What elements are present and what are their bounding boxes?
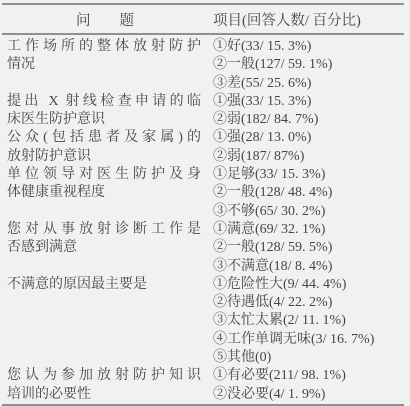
option-line: ①足够(33/ 15. 3%)	[213, 166, 404, 184]
option-line: ②待遇低(4/ 22. 2%)	[213, 294, 404, 312]
question-line: 体健康重视程度	[7, 184, 201, 202]
options-cell: ①有必要(211/ 98. 1%)②没必要(4/ 1. 9%)	[208, 367, 404, 405]
question-line: 培训的必要性	[7, 386, 201, 404]
column-header-question: 问 题	[2, 4, 208, 34]
question-cell: 您认为参加放射防护知识培训的必要性	[2, 367, 208, 405]
options-cell: ①危险性大(9/ 44. 4%)②待遇低(4/ 22. 2%)③太忙太累(2/ …	[208, 276, 404, 367]
question-line: 单位领导对医生防护及身	[7, 166, 201, 184]
option-line: ②弱(187/ 87%)	[213, 148, 404, 166]
option-line: ②一般(127/ 59. 1%)	[213, 56, 404, 74]
survey-results-table: 问 题 项目(回答人数/ 百分比) 工作场所的整体放射防护情况①好(33/ 15…	[2, 3, 404, 406]
table-header: 问 题 项目(回答人数/ 百分比)	[2, 4, 404, 34]
question-cell: 不满意的原因最主要是	[2, 276, 208, 367]
options-cell: ①好(33/ 15. 3%)②一般(127/ 59. 1%)③差(55/ 25.…	[208, 34, 404, 93]
option-line: ③太忙太累(2/ 11. 1%)	[213, 312, 404, 330]
question-line: 不满意的原因最主要是	[7, 276, 201, 294]
options-cell: ①足够(33/ 15. 3%)②一般(128/ 48. 4%)③不够(65/ 3…	[208, 166, 404, 221]
table-row: 单位领导对医生防护及身体健康重视程度①足够(33/ 15. 3%)②一般(128…	[2, 166, 404, 221]
question-line: 公众(包括患者及家属)的	[7, 129, 201, 147]
option-line: ②弱(182/ 84. 7%)	[213, 111, 404, 129]
question-line: 您对从事放射诊断工作是	[7, 221, 201, 239]
option-line: ③不满意(18/ 8. 4%)	[213, 258, 404, 276]
question-cell: 单位领导对医生防护及身体健康重视程度	[2, 166, 208, 221]
option-line: ⑤其他(0)	[213, 349, 404, 367]
options-cell: ①满意(69/ 32. 1%)②一般(128/ 59. 5%)③不满意(18/ …	[208, 221, 404, 276]
question-line: 工作场所的整体放射防护	[7, 38, 201, 56]
table-row: 公众(包括患者及家属)的放射防护意识①强(28/ 13. 0%)②弱(187/ …	[2, 129, 404, 166]
table-row: 您对从事放射诊断工作是否感到满意①满意(69/ 32. 1%)②一般(128/ …	[2, 221, 404, 276]
question-cell: 提出 X 射线检查申请的临床医生防护意识	[2, 93, 208, 130]
question-line: 您认为参加放射防护知识	[7, 367, 201, 385]
option-line: ②一般(128/ 59. 5%)	[213, 239, 404, 257]
option-line: ①好(33/ 15. 3%)	[213, 38, 404, 56]
question-line: 提出 X 射线检查申请的临	[7, 93, 201, 111]
question-line: 情况	[7, 56, 201, 74]
options-cell: ①强(28/ 13. 0%)②弱(187/ 87%)	[208, 129, 404, 166]
table-row: 不满意的原因最主要是①危险性大(9/ 44. 4%)②待遇低(4/ 22. 2%…	[2, 276, 404, 367]
option-line: ②一般(128/ 48. 4%)	[213, 184, 404, 202]
table-body: 工作场所的整体放射防护情况①好(33/ 15. 3%)②一般(127/ 59. …	[2, 34, 404, 405]
option-line: ③差(55/ 25. 6%)	[213, 75, 404, 93]
table-row: 工作场所的整体放射防护情况①好(33/ 15. 3%)②一般(127/ 59. …	[2, 34, 404, 93]
table-row: 提出 X 射线检查申请的临床医生防护意识①强(33/ 15. 3%)②弱(182…	[2, 93, 404, 130]
option-line: ①满意(69/ 32. 1%)	[213, 221, 404, 239]
option-line: ②没必要(4/ 1. 9%)	[213, 386, 404, 404]
options-cell: ①强(33/ 15. 3%)②弱(182/ 84. 7%)	[208, 93, 404, 130]
header-row: 问 题 项目(回答人数/ 百分比)	[2, 4, 404, 34]
question-cell: 公众(包括患者及家属)的放射防护意识	[2, 129, 208, 166]
option-line: ④工作单调无味(3/ 16. 7%)	[213, 331, 404, 349]
option-line: ①危险性大(9/ 44. 4%)	[213, 276, 404, 294]
question-cell: 工作场所的整体放射防护情况	[2, 34, 208, 93]
question-line: 放射防护意识	[7, 148, 201, 166]
table-row: 您认为参加放射防护知识培训的必要性①有必要(211/ 98. 1%)②没必要(4…	[2, 367, 404, 405]
question-line: 否感到满意	[7, 239, 201, 257]
question-line: 床医生防护意识	[7, 111, 201, 129]
column-header-item: 项目(回答人数/ 百分比)	[208, 4, 404, 34]
option-line: ①强(28/ 13. 0%)	[213, 129, 404, 147]
option-line: ③不够(65/ 30. 2%)	[213, 203, 404, 221]
option-line: ①有必要(211/ 98. 1%)	[213, 367, 404, 385]
question-cell: 您对从事放射诊断工作是否感到满意	[2, 221, 208, 276]
option-line: ①强(33/ 15. 3%)	[213, 93, 404, 111]
paper-table-page: 问 题 项目(回答人数/ 百分比) 工作场所的整体放射防护情况①好(33/ 15…	[0, 3, 410, 406]
